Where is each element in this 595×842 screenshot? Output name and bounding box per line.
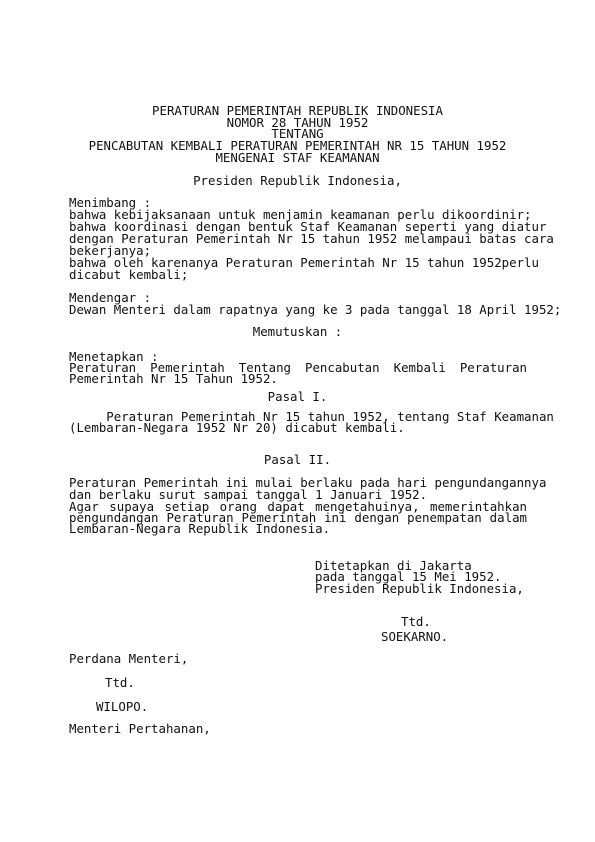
mendengar-text: Dewan Menteri dalam rapatnya yang ke 3 p… — [69, 304, 527, 316]
pasal-2-heading: Pasal II. — [0, 454, 595, 466]
menimbang-line: dicabut kembali; — [69, 269, 527, 281]
president-name: SOEKARNO. — [381, 631, 448, 643]
enactment-office: Presiden Republik Indonesia, — [315, 583, 524, 595]
title-line-5: MENGENAI STAF KEAMANAN — [0, 152, 595, 164]
pasal-1-heading: Pasal I. — [0, 391, 595, 403]
memutuskan-heading: Memutuskan : — [0, 326, 595, 338]
issuer: Presiden Republik Indonesia, — [0, 175, 595, 187]
menetapkan-line: Pemerintah Nr 15 Tahun 1952. — [69, 373, 527, 385]
pm-office: Perdana Menteri, — [69, 653, 527, 665]
defense-minister-office: Menteri Pertahanan, — [69, 723, 527, 735]
pm-signed: Ttd. — [105, 677, 135, 689]
president-signed: Ttd. — [401, 616, 431, 628]
pm-name: WILOPO. — [96, 701, 148, 713]
pasal-2-line: Lembaran-Negara Republik Indonesia. — [69, 523, 527, 535]
pasal-1-line: (Lembaran-Negara 1952 Nr 20) dicabut kem… — [69, 422, 527, 434]
